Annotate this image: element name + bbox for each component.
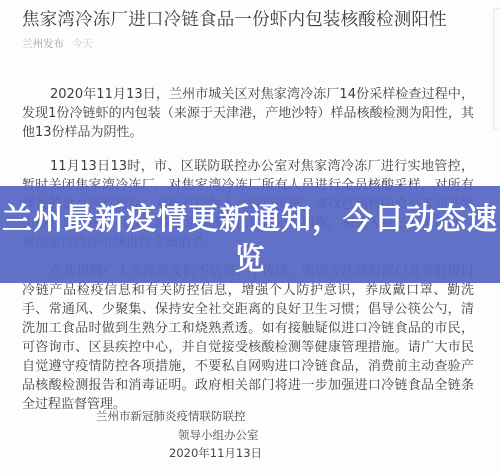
side-panel — [493, 8, 500, 130]
article-meta: 兰州发布今天 — [22, 36, 93, 51]
signature-org-line2: 领导小组办公室 — [178, 427, 259, 443]
article-headline: 焦家湾冷冻厂进口冷链食品一份虾内包装核酸检测阳性 — [22, 6, 447, 31]
signature-org-line1: 兰州市新冠肺炎疫情联防联控 — [96, 408, 246, 424]
signature-date: 2020年11月13日 — [169, 445, 262, 461]
article-time: 今天 — [72, 38, 93, 50]
article-paragraph: 在此提醒广大市民朋友们不信谣、不传谣，密切关注政府部门发布的进口冷链产品检疫信息… — [22, 262, 474, 414]
article-source[interactable]: 兰州发布 — [22, 38, 64, 50]
article-paragraph: 2020年11月13日，兰州市城关区对焦家湾冷冻厂14份采样检查过程中，发现1份… — [22, 85, 474, 142]
banner-title: 兰州最新疫情更新通知，今日动态速览 — [0, 200, 500, 280]
